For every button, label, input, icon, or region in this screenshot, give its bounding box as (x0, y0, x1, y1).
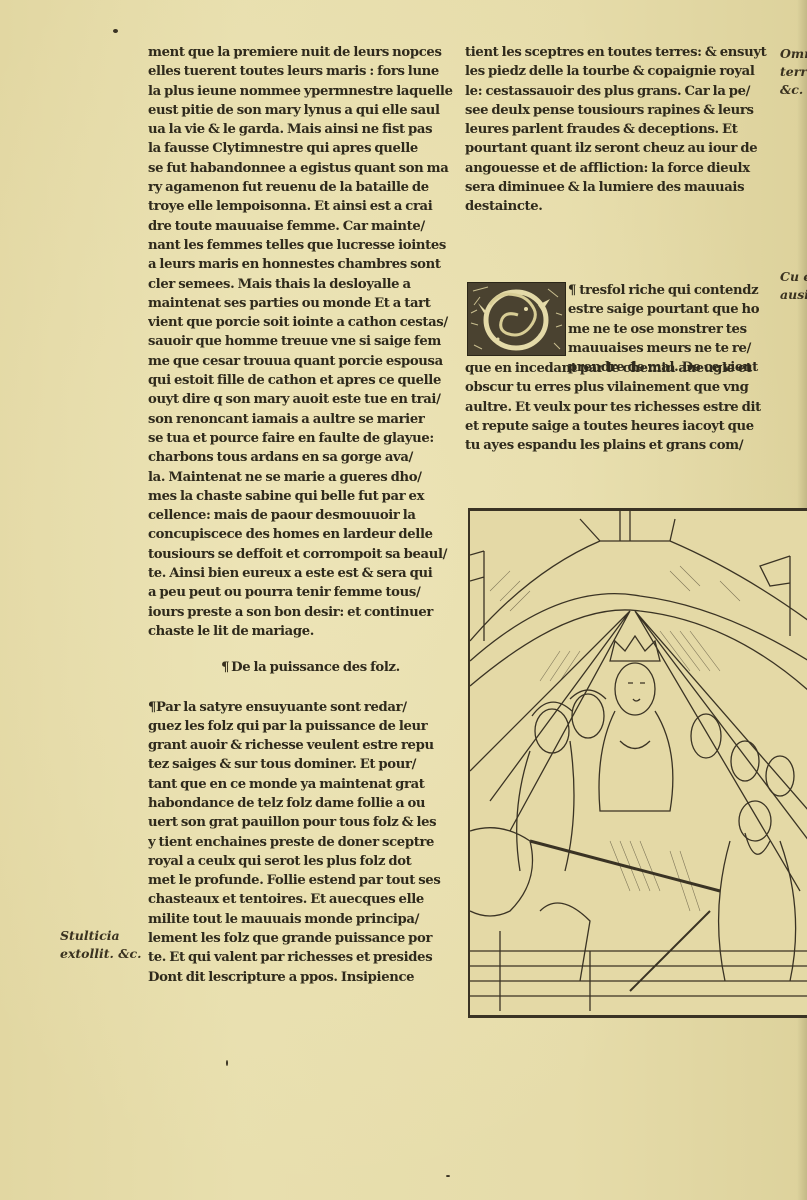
text-line: sauoir que homme treuue vne si saige fem (148, 332, 453, 351)
text-line: lement les folz que grande puissance por (148, 929, 453, 948)
text-line: se tua et pource faire en faulte de glay… (148, 429, 453, 448)
text-line: habondance de telz folz dame follie a ou (148, 794, 453, 813)
text-line: me ne te ose monstrer tes (568, 320, 759, 339)
margin-note-left: Stulticia extollit. &c. (60, 927, 142, 963)
text-line: que en incedant par le chemin aueugle et (465, 359, 761, 378)
right-text-column-top: tient les sceptres en toutes terres: & e… (465, 43, 775, 217)
text-line: angouesse et de affliction: la force die… (465, 159, 775, 178)
text-line: tient les sceptres en toutes terres: & e… (465, 43, 775, 62)
text-line: vient que porcie soit iointe a cathon ce… (148, 313, 453, 332)
text-line: la plus ieune nommee ypermnestre laquell… (148, 82, 453, 101)
text-line: cellence: mais de paour desmouuoir la (148, 506, 453, 525)
text-line: charbons tous ardans en sa gorge ava/ (148, 448, 453, 467)
section-heading: ¶De la puissance des folz. (148, 658, 453, 677)
pilcrow-mark: ¶ (221, 660, 229, 675)
text-line: les piedz delle la tourbe & copaignie ro… (465, 62, 775, 81)
text-line: maintenat ses parties ou monde Et a tart (148, 294, 453, 313)
text-line: Dont dit lescripture a ppos. Insipience (148, 968, 453, 987)
margin-note-line: Cu e n (780, 268, 807, 286)
text-line: a leurs maris en honnestes chambres sont (148, 255, 453, 274)
text-line: met le profunde. Follie estend par tout … (148, 871, 453, 890)
woodcut-illustration (468, 508, 807, 1018)
text-line: chaste le lit de mariage. (148, 622, 453, 641)
text-line: te. Ainsi bien eureux a este est & sera … (148, 564, 453, 583)
text-line: a peu peut ou pourra tenir femme tous/ (148, 583, 453, 602)
margin-note-right-top: Omnib terris t &c. (780, 45, 807, 99)
text-line: aultre. Et veulx pour tes richesses estr… (465, 398, 761, 417)
ink-speck (226, 1060, 228, 1066)
text-line: tant que en ce monde ya maintenat grat (148, 775, 453, 794)
right-column-paragraph-2: que en incedant par le chemin aueugle et… (465, 359, 761, 455)
text-line: destaincte. (465, 197, 775, 216)
text-line: ¶ tresfol riche qui contendz (568, 281, 759, 300)
text-line: ¶Par la satyre ensuyuante sont redar/ (148, 698, 453, 717)
text-line: ua la vie & le garda. Mais ainsi ne fist… (148, 120, 453, 139)
text-line: royal a ceulx qui serot les plus folz do… (148, 852, 453, 871)
text-line: mauuaises meurs ne te re/ (568, 339, 759, 358)
margin-note-line: ausit.& (780, 286, 807, 304)
text-line: grant auoir & richesse veulent estre rep… (148, 736, 453, 755)
woodcut-scene-icon (470, 511, 807, 1015)
text-line: te. Et qui valent par richesses et presi… (148, 948, 453, 967)
left-text-column: ment que la premiere nuit de leurs nopce… (148, 43, 453, 987)
text-line: nant les femmes telles que lucresse ioin… (148, 236, 453, 255)
text-line: dre toute mauuaise femme. Car mainte/ (148, 217, 453, 236)
dragon-initial-icon (468, 283, 565, 355)
text-line: iours preste a son bon desir: et continu… (148, 603, 453, 622)
text-line: me que cesar trouua quant porcie espousa (148, 352, 453, 371)
text-line: obscur tu erres plus vilainement que vng (465, 378, 761, 397)
text-line: ry agamenon fut reuenu de la bataille de (148, 178, 453, 197)
margin-note-line: extollit. &c. (60, 945, 142, 963)
text-line: leures parlent fraudes & deceptions. Et (465, 120, 775, 139)
text-line: tousiours se deffoit et corrompoit sa be… (148, 545, 453, 564)
section-heading-text: De la puissance des folz. (231, 660, 400, 675)
text-line: milite tout le mauuais monde principa/ (148, 910, 453, 929)
margin-note-line: Stulticia (60, 927, 142, 945)
ink-speck (446, 1175, 450, 1177)
text-line: mes la chaste sabine qui belle fut par e… (148, 487, 453, 506)
text-line: son renoncant iamais a aultre se marier (148, 410, 453, 429)
text-line: tez saiges & sur tous dominer. Et pour/ (148, 755, 453, 774)
text-line: la fausse Clytimnestre qui apres quelle (148, 139, 453, 158)
decorated-initial-o (467, 282, 566, 356)
text-line: guez les folz qui par la puissance de le… (148, 717, 453, 736)
text-line: chasteaux et tentoires. Et auecques elle (148, 890, 453, 909)
text-line: ouyt dire q son mary auoit este tue en t… (148, 390, 453, 409)
left-column-paragraph-1: ment que la premiere nuit de leurs nopce… (148, 43, 453, 641)
margin-note-line: terris t (780, 63, 807, 81)
right-column-paragraph-1: tient les sceptres en toutes terres: & e… (465, 43, 775, 217)
ink-speck (113, 29, 118, 33)
left-column-paragraph-2: ¶Par la satyre ensuyuante sont redar/gue… (148, 698, 453, 987)
text-line: la. Maintenat ne se marie a gueres dho/ (148, 468, 453, 487)
text-line: concupiscece des homes en lardeur delle (148, 525, 453, 544)
margin-note-line: Omnib (780, 45, 807, 63)
text-line: elles tuerent toutes leurs maris : fors … (148, 62, 453, 81)
text-line: pourtant quant ilz seront cheuz au iour … (465, 139, 775, 158)
text-line: y tient enchaines preste de doner sceptr… (148, 833, 453, 852)
text-line: le: cestassauoir des plus grans. Car la … (465, 82, 775, 101)
text-line: se fut habandonnee a egistus quant son m… (148, 159, 453, 178)
text-line: cler semees. Mais thais la desloyalle a (148, 275, 453, 294)
text-line: tu ayes espandu les plains et grans com/ (465, 436, 761, 455)
text-line: sera diminuee & la lumiere des mauuais (465, 178, 775, 197)
text-line: eust pitie de son mary lynus a qui elle … (148, 101, 453, 120)
text-line: estre saige pourtant que ho (568, 300, 759, 319)
text-line: qui estoit fille de cathon et apres ce q… (148, 371, 453, 390)
text-line: ment que la premiere nuit de leurs nopce… (148, 43, 453, 62)
margin-note-line: &c. (780, 81, 807, 99)
text-line: troye elle lempoisonna. Et ainsi est a c… (148, 197, 453, 216)
text-line: see deulx pense tousiours rapines & leur… (465, 101, 775, 120)
margin-note-right-mid: Cu e n ausit.& (780, 268, 807, 304)
text-line: et repute saige a toutes heures iacoyt q… (465, 417, 761, 436)
after-initial-lines: que en incedant par le chemin aueugle et… (465, 359, 761, 455)
text-line: uert son grat pauillon pour tous folz & … (148, 813, 453, 832)
